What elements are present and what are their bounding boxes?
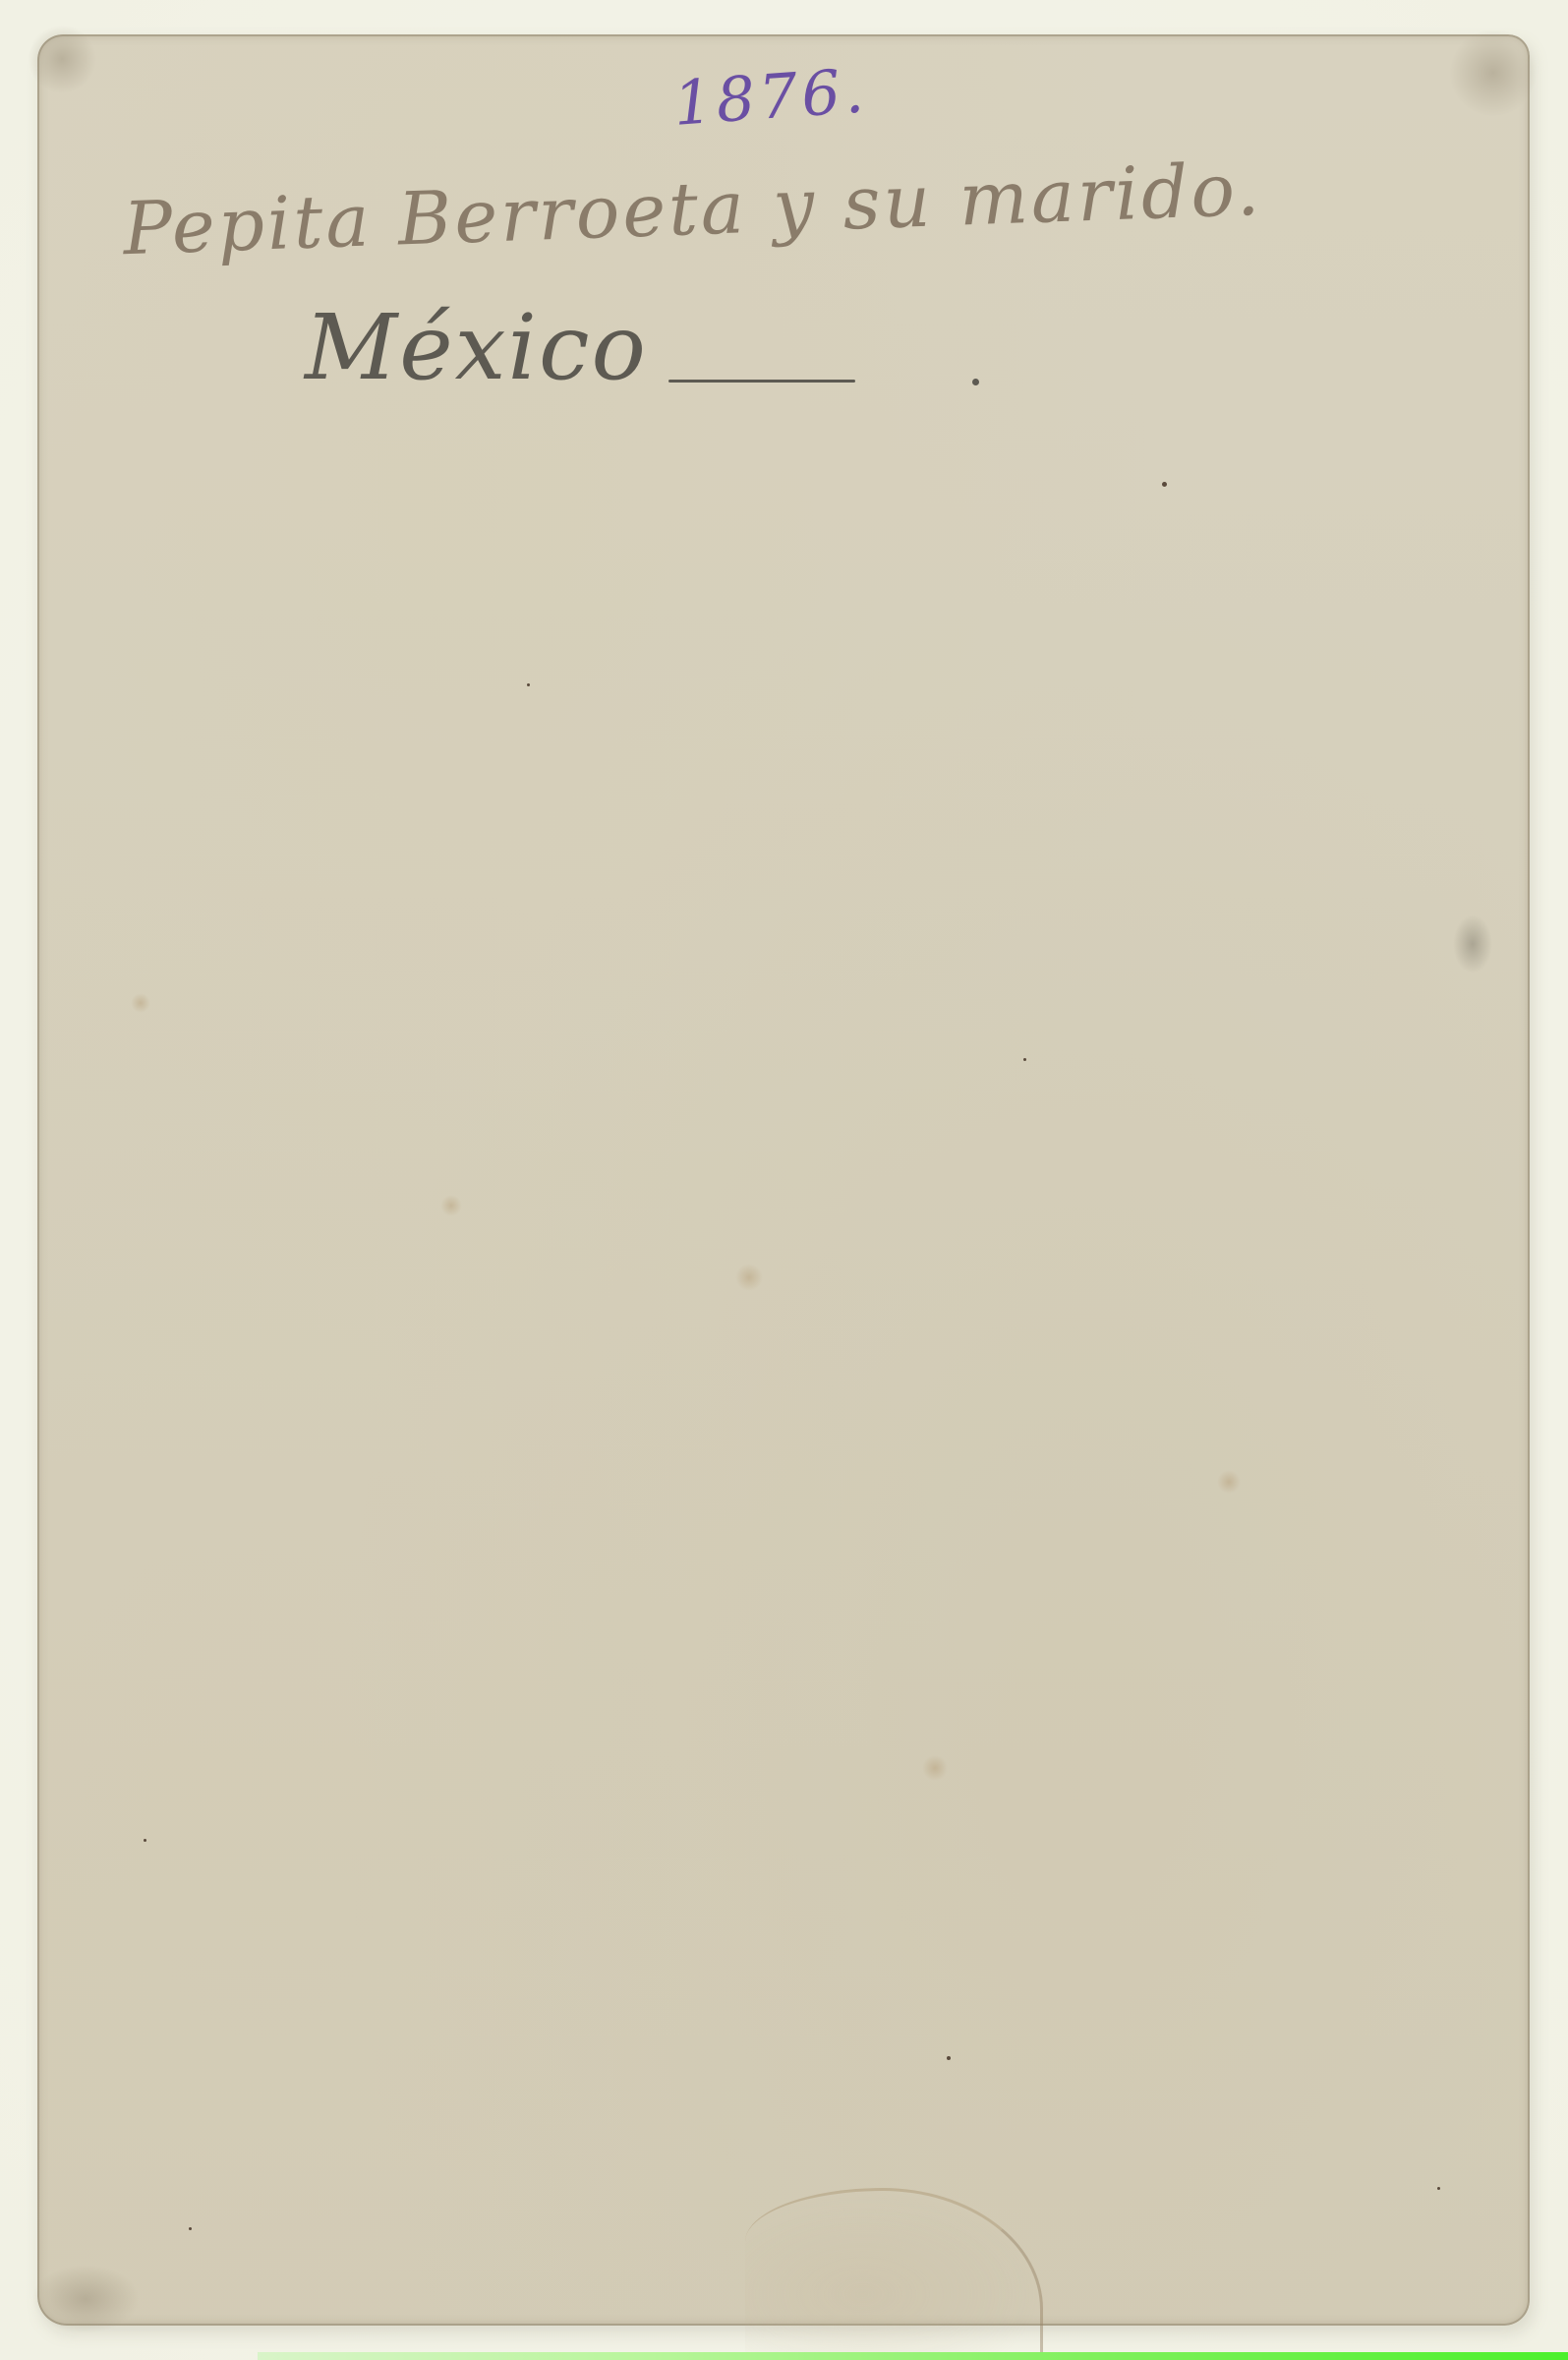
edge-smudge: [1453, 914, 1492, 973]
foxing-spot: [735, 1264, 763, 1291]
handwritten-year: 1876.: [671, 54, 870, 140]
place-trailing-dot: [972, 379, 979, 385]
ink-speck: [189, 2227, 192, 2230]
ink-speck: [527, 683, 530, 686]
ink-speck: [1023, 1058, 1026, 1061]
place-flourish-underline: [668, 380, 855, 383]
ink-speck: [947, 2056, 951, 2060]
photo-card-verso: [37, 34, 1530, 2326]
water-stain: [745, 2188, 1043, 2360]
corner-wear-top-left: [28, 25, 96, 93]
status-strip: [258, 2352, 1568, 2360]
foxing-spot: [1217, 1470, 1241, 1494]
handwritten-place: México: [305, 295, 648, 400]
foxing-spot: [922, 1755, 948, 1781]
foxing-spot: [440, 1195, 462, 1216]
ink-speck: [1162, 482, 1167, 487]
corner-wear-bottom-left: [31, 2265, 140, 2333]
ink-speck: [1437, 2187, 1440, 2190]
ink-speck: [144, 1839, 146, 1842]
foxing-spot: [131, 993, 150, 1013]
corner-wear-top-right: [1449, 29, 1538, 117]
